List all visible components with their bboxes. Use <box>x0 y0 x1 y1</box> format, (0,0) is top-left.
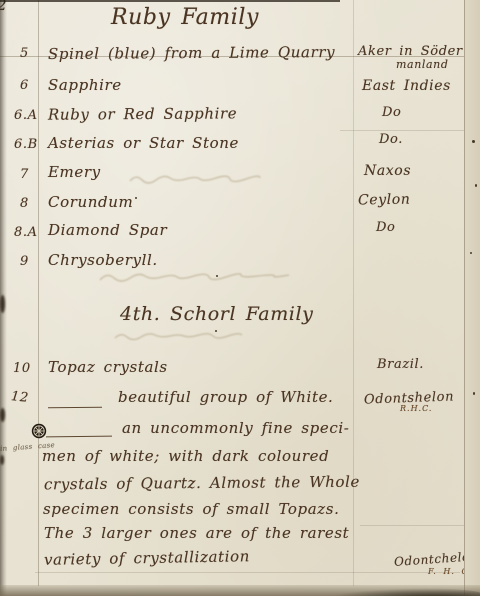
row-name: Spinel (blue) from a Lime Quarry <box>48 43 335 63</box>
paragraph-line: variety of crystallization <box>44 547 250 569</box>
row-locality-line2: manland <box>396 58 448 71</box>
edge-speck <box>472 140 475 143</box>
row-name: beautiful group of White. <box>118 388 333 406</box>
row-number: 8.A <box>14 225 38 240</box>
ditto-dash <box>46 436 112 438</box>
paragraph-line: specimen consists of small Topazs. <box>43 500 339 518</box>
column-rule-left <box>38 0 39 586</box>
manuscript-page: 2 Ruby Family 5 Spinel (blue) from a Lim… <box>0 0 480 596</box>
row-number: 8 <box>20 196 29 211</box>
row-name: Sapphire <box>48 76 122 94</box>
row-number: 6 <box>20 78 29 93</box>
paragraph-line: crystals of Quartz. Almost the Whole <box>44 473 360 494</box>
paragraph-line: The 3 larger ones are of the rarest <box>44 524 349 542</box>
row-number: 5 <box>20 46 29 61</box>
bleed-through-ghost-line <box>113 330 253 343</box>
row-locality: Aker in Söder= <box>358 44 474 59</box>
row-locality: Do. <box>379 132 403 147</box>
ditto-dash <box>48 407 102 409</box>
row-name: Corundum <box>48 193 133 211</box>
rosette-stamp-icon <box>31 423 47 439</box>
row-rule <box>360 525 465 526</box>
row-name: Emery <box>48 163 101 181</box>
row-number: 12 <box>10 389 29 406</box>
row-number: 10 <box>13 361 31 376</box>
row-name: Asterias or Star Stone <box>48 134 239 152</box>
row-locality: Do <box>376 220 395 235</box>
edge-blot <box>0 408 5 422</box>
bottom-shadow <box>330 588 480 596</box>
row-locality: Naxos <box>364 163 411 179</box>
edge-blot <box>0 455 4 465</box>
row-number: 6.A <box>14 108 38 123</box>
row-name: Ruby or Red Sapphire <box>48 104 237 123</box>
bleed-through-ghost-line <box>128 172 278 186</box>
ink-speck <box>135 197 137 199</box>
edge-speck <box>470 252 472 254</box>
ink-speck <box>215 330 217 332</box>
paragraph-line: an uncommonly fine speci- <box>122 419 349 437</box>
paragraph-line: men of white; with dark coloured <box>42 447 329 465</box>
row-rule <box>340 130 465 131</box>
row-name: Chrysoberyll. <box>48 251 158 269</box>
row-locality: East Indies <box>362 78 451 94</box>
ink-speck <box>216 275 218 277</box>
bleed-through-ghost-line <box>98 270 313 285</box>
page-edge-top <box>0 0 340 2</box>
row-locality: Brazil. <box>377 357 424 372</box>
row-locality: Do <box>382 105 401 120</box>
edge-speck <box>473 392 475 395</box>
section-title-ruby-family: Ruby Family <box>105 5 265 30</box>
row-name: Diamond Spar <box>48 221 167 239</box>
row-locality-initials: R.H.C. <box>400 404 432 413</box>
row-number: 9 <box>20 254 29 269</box>
row-number: 7 <box>20 167 29 182</box>
edge-blot <box>0 295 5 313</box>
row-name: Topaz crystals <box>48 358 168 376</box>
row-number: 6.B <box>14 137 38 152</box>
row-locality: Ceylon <box>358 192 411 209</box>
page-edge-right <box>464 0 480 596</box>
column-rule-locality <box>353 0 354 586</box>
footer-rule <box>35 572 460 573</box>
section-title-schorl-family: 4th. Schorl Family <box>120 303 310 325</box>
edge-speck <box>475 184 477 187</box>
